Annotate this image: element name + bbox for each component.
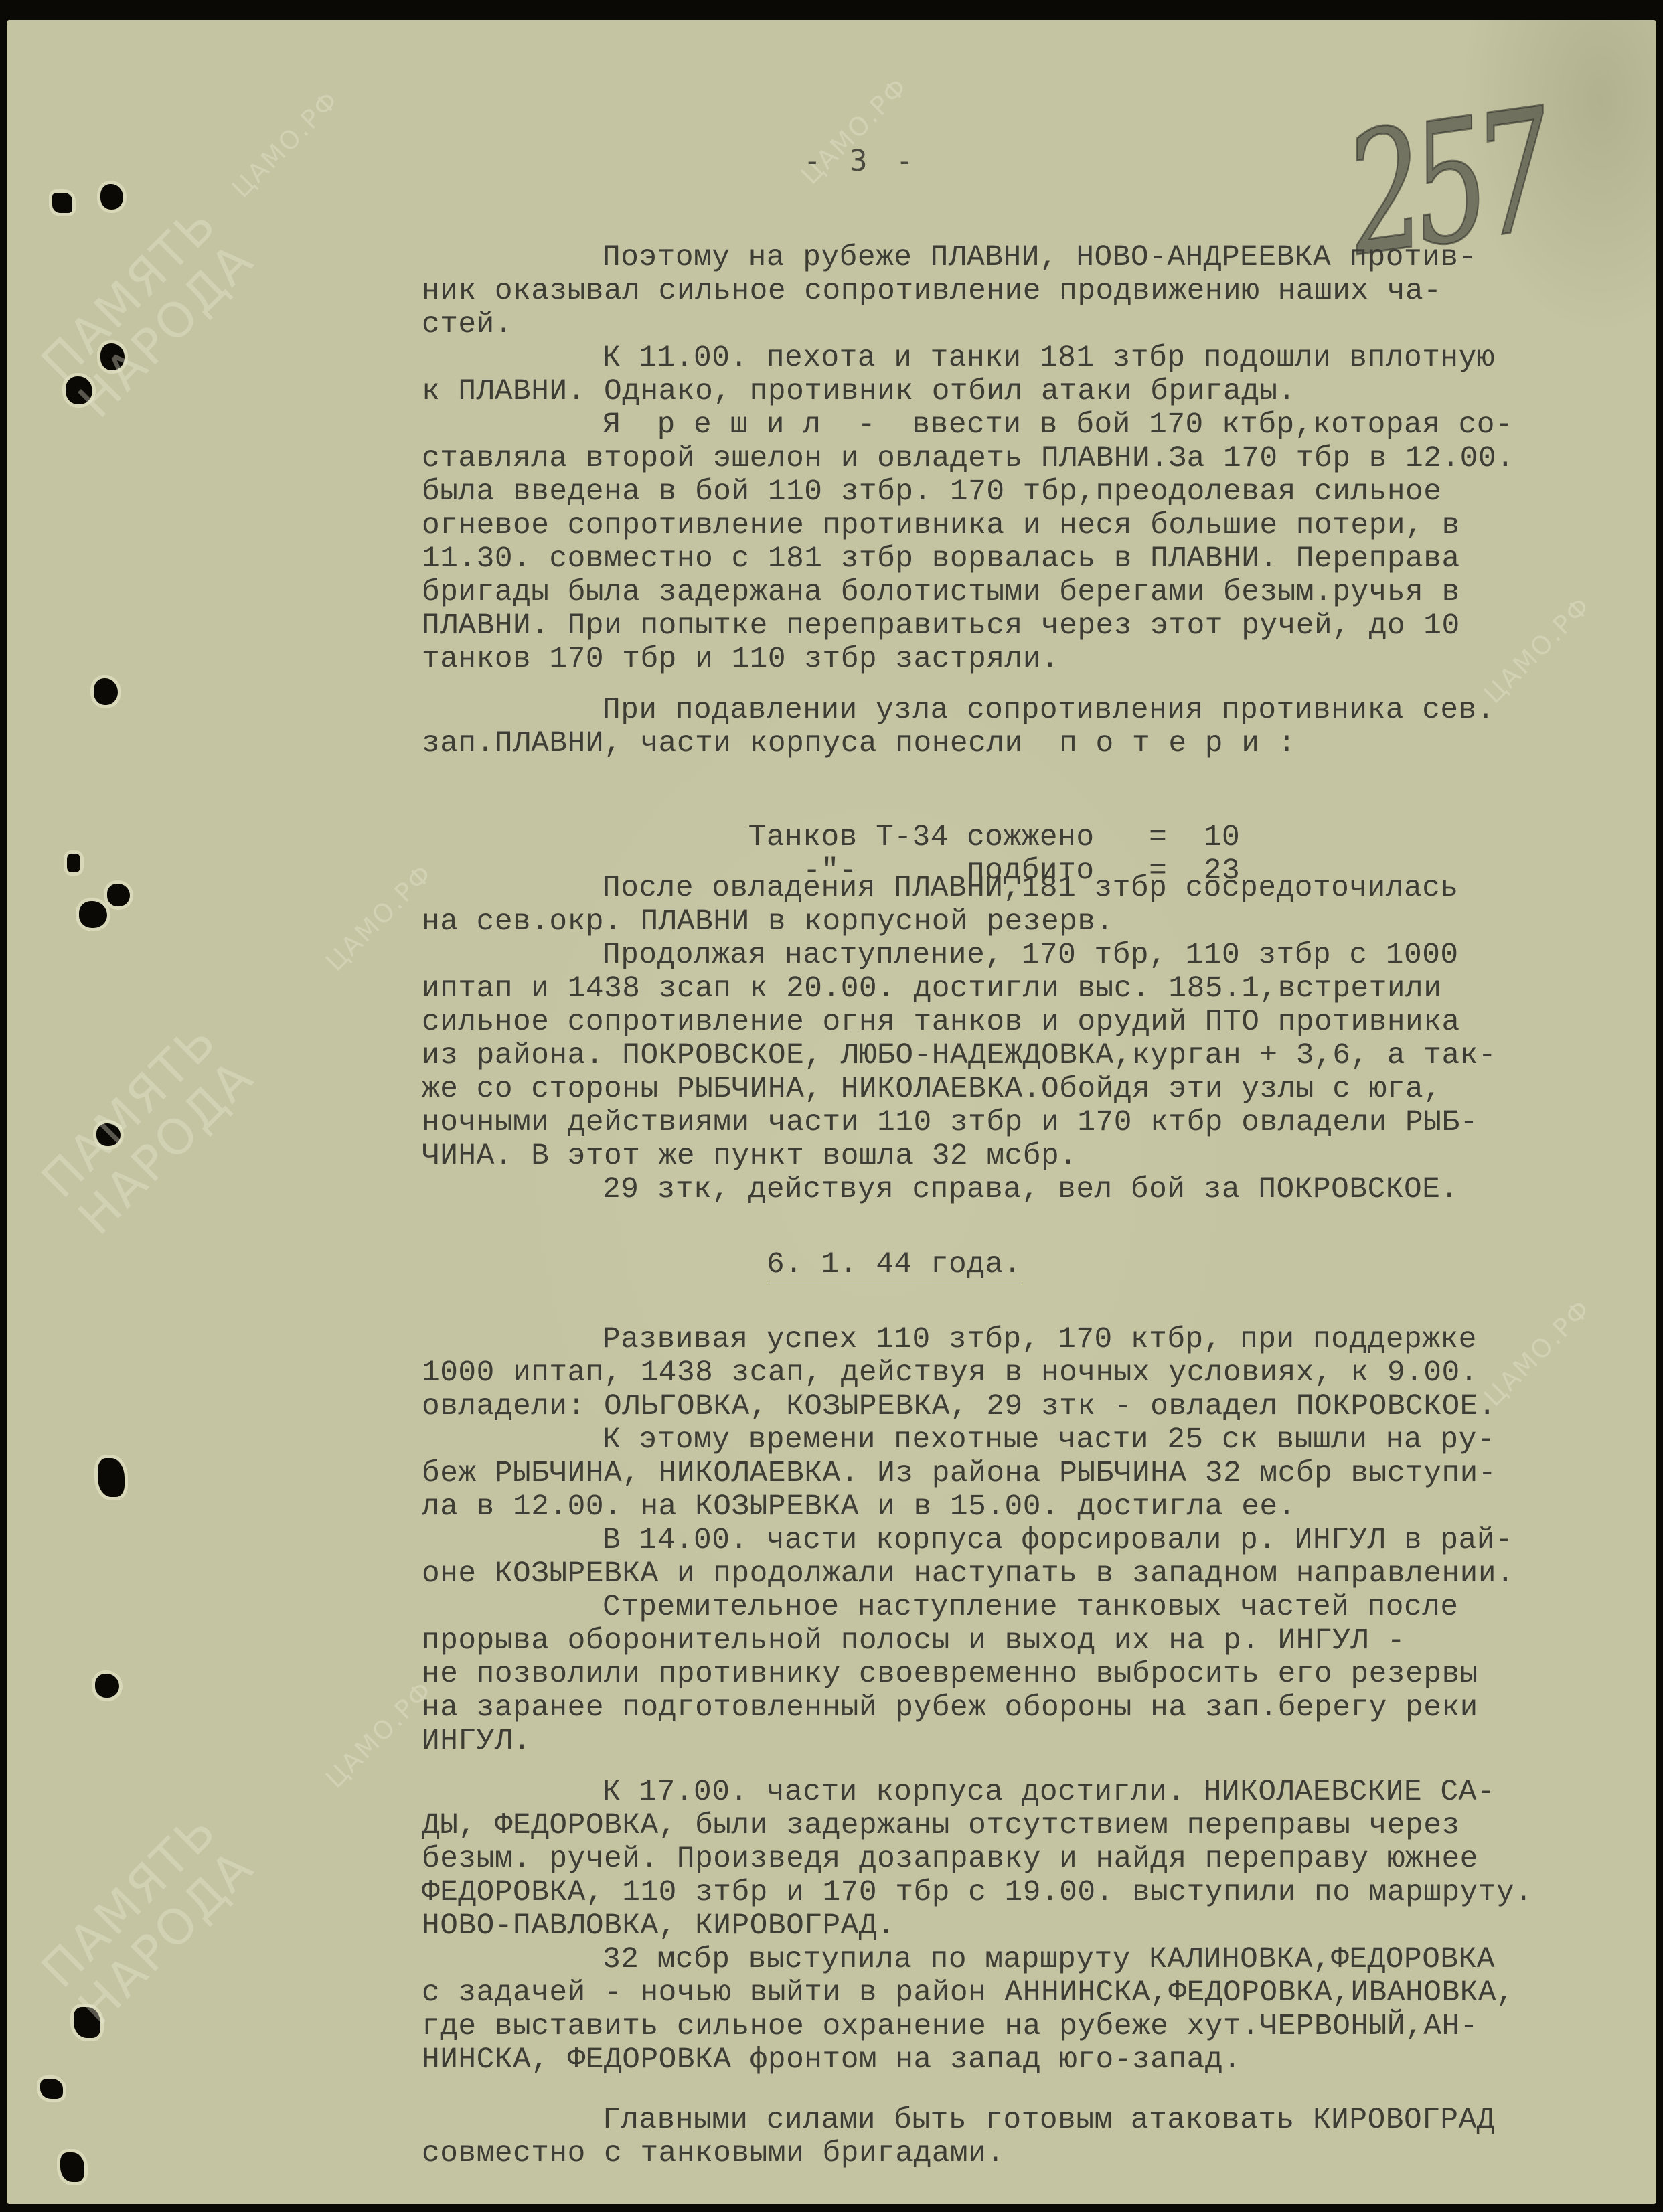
text-line: К 17.00. части корпуса достигли. НИКОЛАЕ…: [422, 1775, 1640, 1809]
text-line: ник оказывал сильное сопротивление продв…: [422, 274, 1640, 308]
text-line: Продолжая наступление, 170 тбр, 110 зтбр…: [422, 939, 1640, 972]
text-line: 11.30. совместно с 181 зтбр ворвалась в …: [422, 542, 1640, 576]
text-line: же со стороны РЫБЧИНА, НИКОЛАЕВКА.Обойдя…: [422, 1073, 1640, 1106]
watermark-project: ПАМЯТЬ: [33, 1014, 225, 1206]
text-line: с задачей - ночью выйти в район АННИНСКА…: [422, 1976, 1640, 2010]
punch-hole: [100, 184, 123, 210]
text-line: ПЛАВНИ. При попытке переправиться через …: [422, 609, 1640, 643]
punch-hole: [96, 1123, 121, 1146]
punch-hole: [60, 2152, 84, 2182]
punch-hole: [94, 678, 118, 705]
text-line: огневое сопротивление противника и неся …: [422, 509, 1640, 542]
text-line: К этому времени пехотные части 25 ск выш…: [422, 1423, 1640, 1457]
text-line: НОВО-ПАВЛОВКА, КИРОВОГРАД.: [422, 1909, 1640, 1943]
text-line: ИНГУЛ.: [422, 1725, 1640, 1758]
losses-row: Танков Т-34 сожжено = 10: [422, 787, 1640, 821]
text-line: прорыва оборонительной полосы и выход их…: [422, 1624, 1640, 1658]
text-line: При подавлении узла сопротивления против…: [422, 694, 1640, 727]
text-line: ставляла второй эшелон и овладеть ПЛАВНИ…: [422, 442, 1640, 475]
losses-label: Танков Т-34 сожжено: [748, 821, 1095, 854]
watermark-project: ПАМЯТЬ: [33, 1804, 225, 1996]
losses-value: 10: [1204, 821, 1240, 854]
text-line: безым. ручей. Произведя дозаправку и най…: [422, 1842, 1640, 1876]
text-line: овладели: ОЛЬГОВКА, КОЗЫРЕВКА, 29 зтк - …: [422, 1390, 1640, 1423]
text-line: Я р е ш и л - ввести в бой 170 ктбр,кото…: [422, 408, 1640, 442]
text-line: ФЕДОРОВКА, 110 зтбр и 170 тбр с 19.00. в…: [422, 1876, 1640, 1909]
punch-hole: [74, 2007, 100, 2038]
watermark-project: НАРОДА: [70, 1841, 262, 2033]
punch-hole: [40, 2079, 63, 2099]
document-body: Поэтому на рубеже ПЛАВНИ, НОВО-АНДРЕЕВКА…: [422, 241, 1640, 2170]
text-line: оне КОЗЫРЕВКА и продолжали наступать в з…: [422, 1557, 1640, 1591]
watermark-project: ПАМЯТЬ: [33, 197, 225, 389]
punch-hole: [67, 854, 80, 872]
watermark-archive: ЦАМО.РФ: [228, 86, 343, 202]
text-line: Развивая успех 110 зтбр, 170 ктбр, при п…: [422, 1323, 1640, 1356]
watermark-project: НАРОДА: [70, 234, 262, 426]
text-line: совместно с танковыми бригадами.: [422, 2137, 1640, 2170]
text-line: К 11.00. пехота и танки 181 зтбр подошли…: [422, 341, 1640, 375]
text-line: из района. ПОКРОВСКОЕ, ЛЮБО-НАДЕЖДОВКА,к…: [422, 1039, 1640, 1073]
text-line: где выставить сильное охранение на рубеж…: [422, 2010, 1640, 2043]
section-heading-text: 6. 1. 44 года.: [767, 1248, 1022, 1285]
text-line: танков 170 тбр и 110 зтбр застряли.: [422, 643, 1640, 676]
section-heading: 6. 1. 44 года.: [422, 1248, 1640, 1281]
text-line: Стремительное наступление танковых часте…: [422, 1591, 1640, 1624]
text-line: ночными действиями части 110 зтбр и 170 …: [422, 1106, 1640, 1139]
text-line: на сев.окр. ПЛАВНИ в корпусной резерв.: [422, 905, 1640, 939]
punch-hole: [95, 1674, 119, 1698]
losses-table: Танков Т-34 сожжено = 10 -"- подбито = 2…: [422, 787, 1640, 854]
text-line: на заранее подготовленный рубеж обороны …: [422, 1691, 1640, 1725]
text-line: НИНСКА, ФЕДОРОВКА фронтом на запад юго-з…: [422, 2043, 1640, 2077]
losses-equals: =: [1149, 821, 1167, 854]
text-line: 1000 иптап, 1438 зсап, действуя в ночных…: [422, 1356, 1640, 1390]
text-line: После овладения ПЛАВНИ,181 зтбр сосредот…: [422, 872, 1640, 905]
page-number: - 3 -: [803, 144, 919, 178]
text-line: не позволили противнику своевременно выб…: [422, 1658, 1640, 1691]
text-line: стей.: [422, 308, 1640, 341]
text-line: ла в 12.00. на КОЗЫРЕВКА и в 15.00. дост…: [422, 1490, 1640, 1524]
watermark-archive: ЦАМО.РФ: [321, 1676, 437, 1792]
document-page: ЦАМО.РФ ЦАМО.РФ ПАМЯТЬ НАРОДА ЦАМО.РФ ПА…: [7, 20, 1656, 2204]
watermark-project: НАРОДА: [70, 1051, 262, 1243]
text-line: ДЫ, ФЕДОРОВКА, были задержаны отсутствие…: [422, 1809, 1640, 1842]
text-line: сильное сопротивление огня танков и оруд…: [422, 1006, 1640, 1039]
punch-hole: [52, 193, 72, 213]
text-line: бригады была задержана болотистыми берег…: [422, 576, 1640, 609]
punch-hole: [79, 901, 107, 928]
text-line: была введена в бой 110 зтбр. 170 тбр,пре…: [422, 475, 1640, 509]
watermark-archive: ЦАМО.РФ: [321, 860, 437, 975]
punch-hole: [66, 376, 92, 404]
text-line: 32 мсбр выступила по маршруту КАЛИНОВКА,…: [422, 1943, 1640, 1976]
text-line: ЧИНА. В этот же пункт вошла 32 мсбр.: [422, 1139, 1640, 1173]
punch-hole: [107, 884, 130, 906]
text-line: Главными силами быть готовым атаковать К…: [422, 2104, 1640, 2137]
text-line: беж РЫБЧИНА, НИКОЛАЕВКА. Из района РЫБЧИ…: [422, 1457, 1640, 1490]
text-line: 29 зтк, действуя справа, вел бой за ПОКР…: [422, 1173, 1640, 1206]
text-line: к ПЛАВНИ. Однако, противник отбил атаки …: [422, 375, 1640, 408]
text-line: В 14.00. части корпуса форсировали р. ИН…: [422, 1524, 1640, 1557]
punch-hole: [100, 343, 125, 370]
text-line: иптап и 1438 зсап к 20.00. достигли выс.…: [422, 972, 1640, 1006]
text-line: Поэтому на рубеже ПЛАВНИ, НОВО-АНДРЕЕВКА…: [422, 241, 1640, 274]
punch-hole: [98, 1458, 125, 1497]
text-line: зап.ПЛАВНИ, части корпуса понесли п о т …: [422, 727, 1640, 761]
